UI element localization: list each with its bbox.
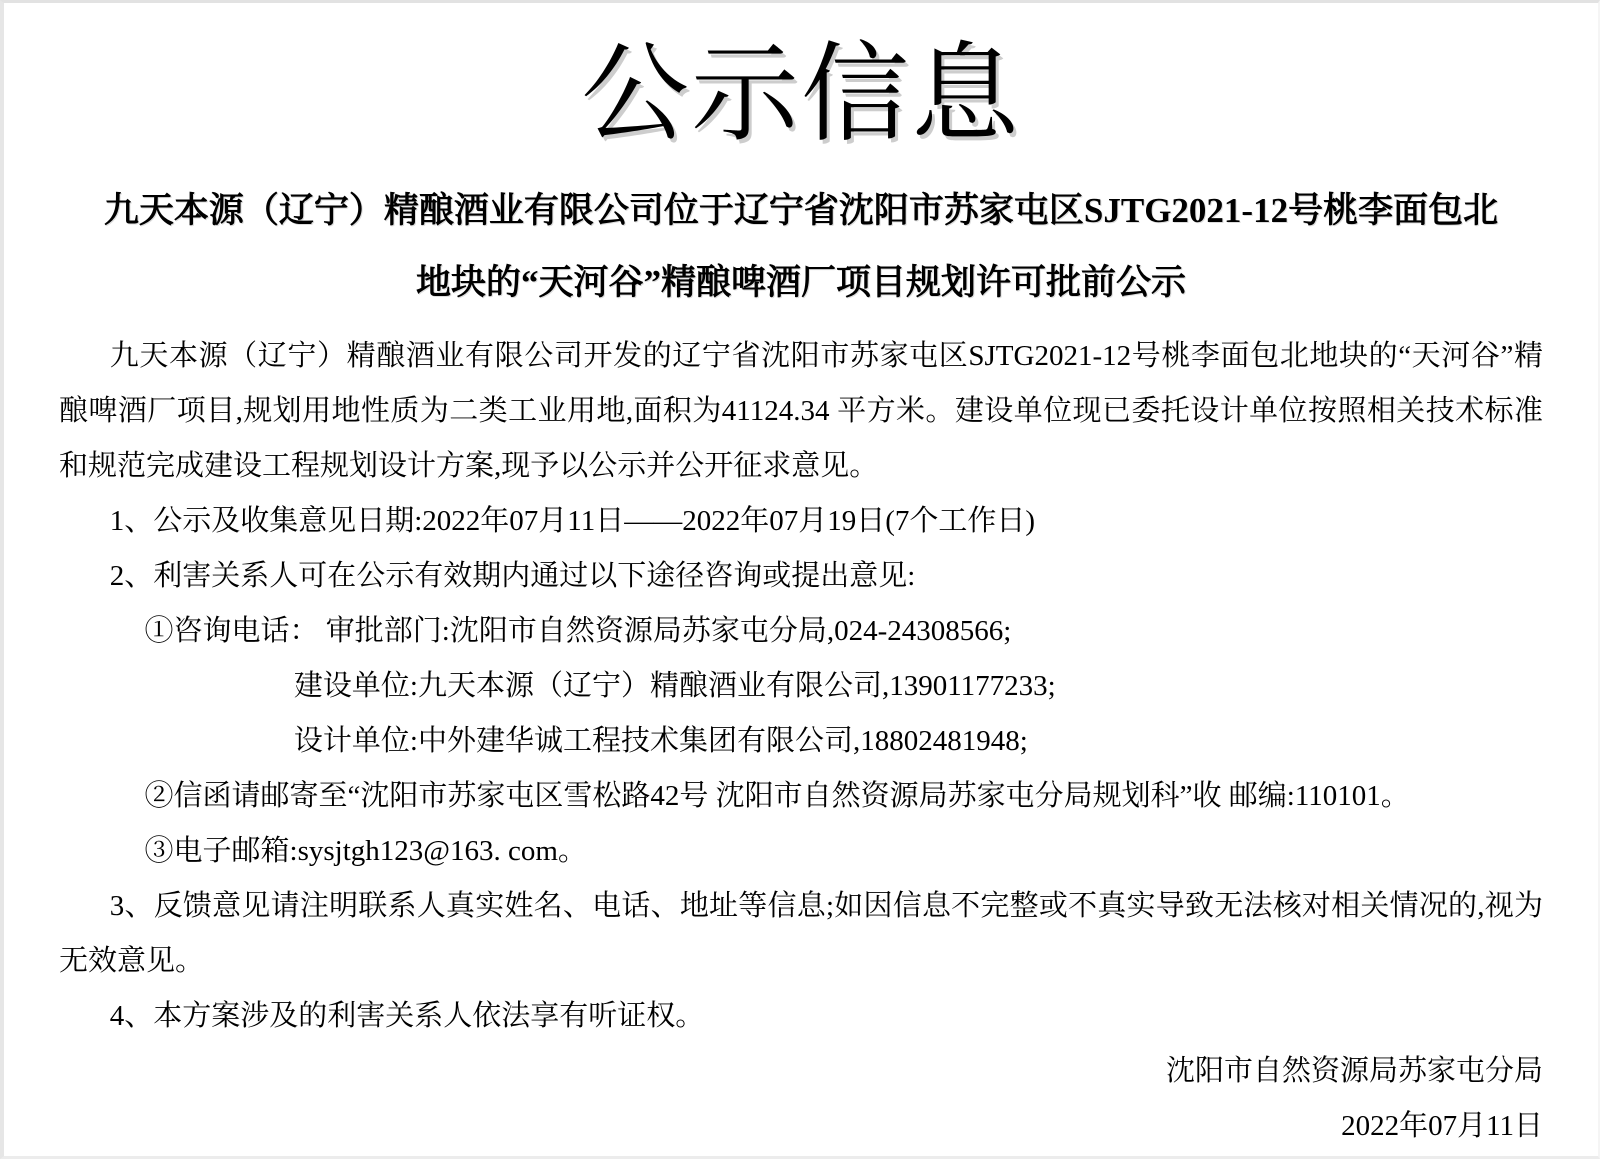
item-3-feedback-requirements: 3、反馈意见请注明联系人真实姓名、电话、地址等信息;如因信息不完整或不真实导致无…	[59, 879, 1543, 989]
issuing-authority-signature: 沈阳市自然资源局苏家屯分局	[59, 1044, 1543, 1099]
page-title: 公示信息	[59, 27, 1543, 165]
notice-body: 九天本源（辽宁）精酿酒业有限公司开发的辽宁省沈阳市苏家屯区SJTG2021-12…	[59, 329, 1543, 1154]
project-heading: 九天本源（辽宁）精酿酒业有限公司位于辽宁省沈阳市苏家屯区SJTG2021-12号…	[59, 175, 1543, 319]
intro-paragraph: 九天本源（辽宁）精酿酒业有限公司开发的辽宁省沈阳市苏家屯区SJTG2021-12…	[59, 329, 1543, 494]
channel-phone-design-unit: 设计单位:中外建华诚工程技术集团有限公司,18802481948;	[59, 714, 1543, 769]
item-4-hearing-rights: 4、本方案涉及的利害关系人依法享有听证权。	[59, 989, 1543, 1044]
item-2-feedback-channels: 2、利害关系人可在公示有效期内通过以下途径咨询或提出意见:	[59, 549, 1543, 604]
issue-date: 2022年07月11日	[59, 1099, 1543, 1154]
channel-phone-approval-dept: ①咨询电话： 审批部门:沈阳市自然资源局苏家屯分局,024-24308566;	[59, 604, 1543, 659]
channel-phone-construction-unit: 建设单位:九天本源（辽宁）精酿酒业有限公司,13901177233;	[59, 659, 1543, 714]
public-notice-page: 公示信息 九天本源（辽宁）精酿酒业有限公司位于辽宁省沈阳市苏家屯区SJTG202…	[0, 0, 1600, 1159]
channel-email: ③电子邮箱:sysjtgh123@163. com。	[59, 824, 1543, 879]
item-1-publicity-dates: 1、公示及收集意见日期:2022年07月11日——2022年07月19日(7个工…	[59, 494, 1543, 549]
channel-postal-mail: ②信函请邮寄至“沈阳市苏家屯区雪松路42号 沈阳市自然资源局苏家屯分局规划科”收…	[59, 769, 1543, 824]
project-heading-line-2: 地块的“天河谷”精酿啤酒厂项目规划许可批前公示	[59, 247, 1543, 319]
project-heading-line-1: 九天本源（辽宁）精酿酒业有限公司位于辽宁省沈阳市苏家屯区SJTG2021-12号…	[59, 175, 1543, 247]
